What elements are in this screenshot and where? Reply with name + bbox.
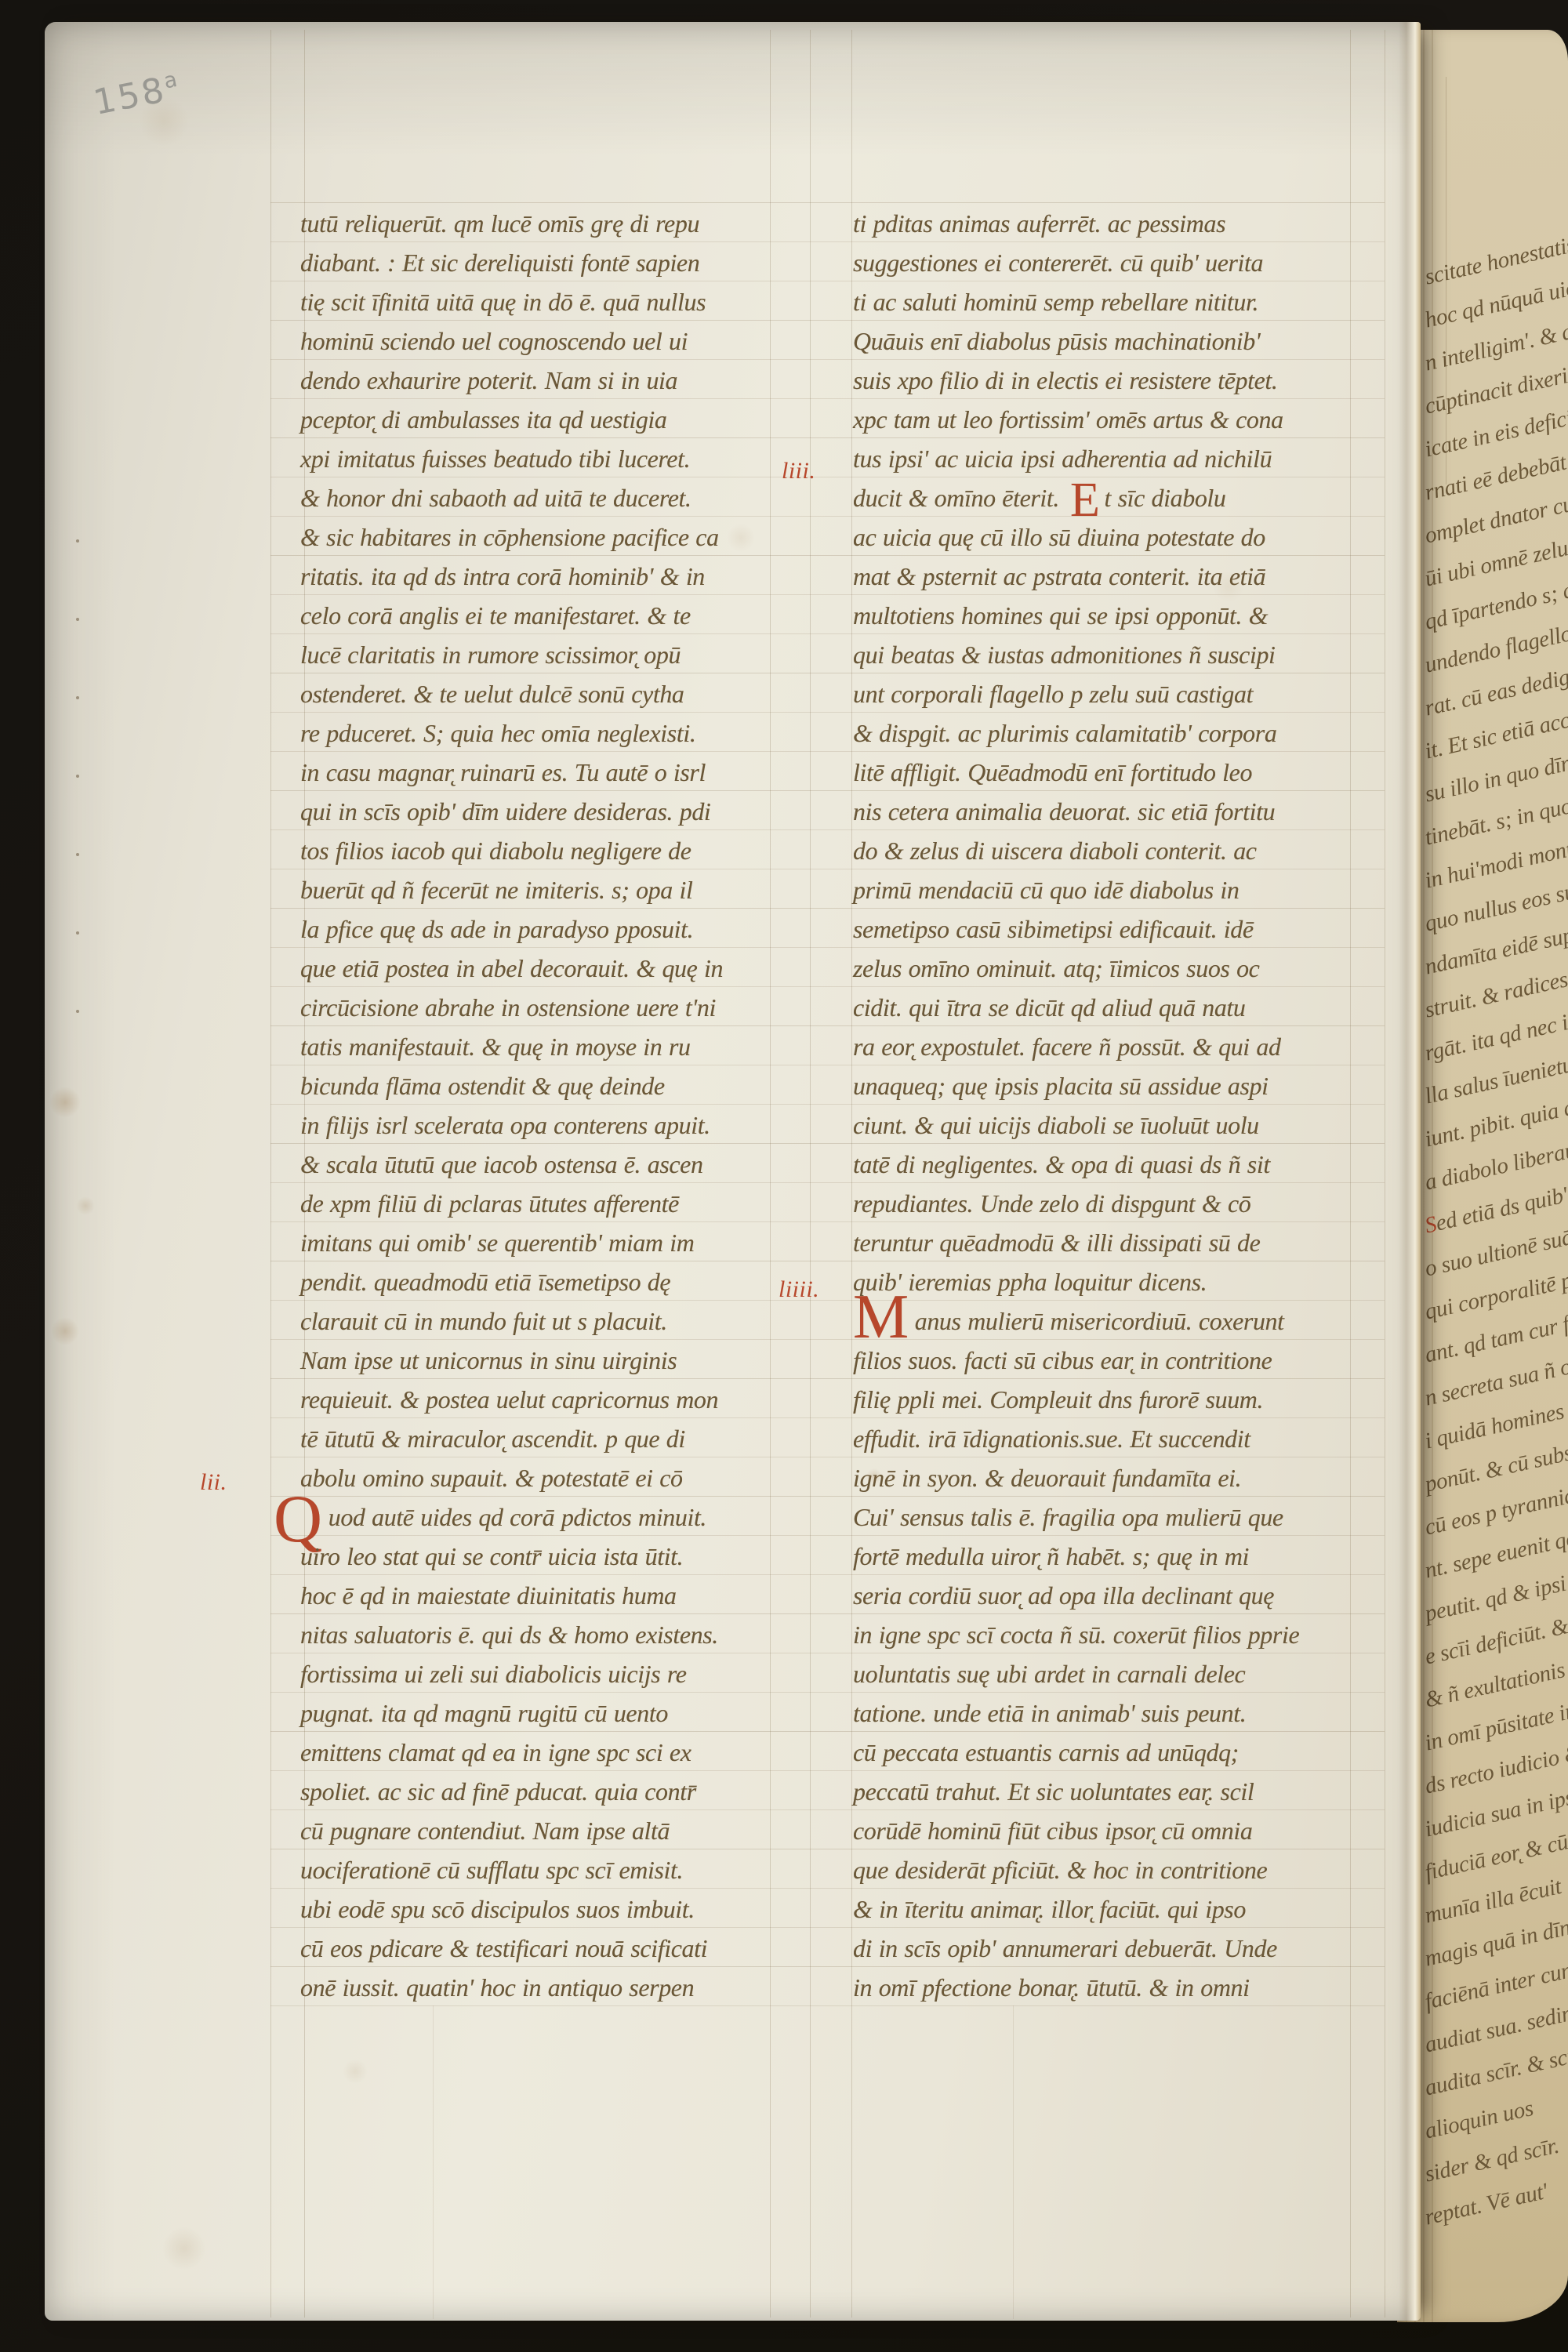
- text-line: que desiderāt pficiūt. & hoc in contriti…: [853, 1850, 1370, 1889]
- next-page-edge: scitate honestatis deficihoc qd nūquā ui…: [1397, 30, 1568, 2322]
- pricking-dot: [76, 696, 79, 699]
- text-segment: ritatis. ita qd ds intra corā hominib' &…: [300, 562, 705, 590]
- text-segment: suis xpo filio di in electis ei resister…: [853, 366, 1277, 394]
- text-line: xpc tam ut leo fortissim' omēs artus & c…: [853, 400, 1370, 439]
- text-segment: ignē in syon. & deuorauit fundamīta ei.: [853, 1464, 1241, 1492]
- text-line: emittens clamat qd ea in igne spc sci ex: [300, 1733, 802, 1772]
- text-segment: corūdē hominū fiūt cibus ipsor̨ cū omnia: [853, 1817, 1252, 1845]
- pricking-dot: [76, 618, 79, 621]
- text-line: Quāuis enī diabolus pūsis machinationib': [853, 321, 1370, 361]
- text-line: do & zelus di uiscera diaboli conterit. …: [853, 831, 1370, 870]
- parchment-stain: [866, 1468, 882, 1484]
- text-segment: Cui' sensus talis ē. fragilia opa mulier…: [853, 1503, 1283, 1531]
- text-segment: ti ac saluti hominū semp rebellare nitit…: [853, 288, 1258, 316]
- text-line: pendit. queadmodū etiā īsemetipso dę: [300, 1262, 802, 1301]
- text-line: Cui' sensus talis ē. fragilia opa mulier…: [853, 1497, 1370, 1537]
- text-segment: t sīc diabolu: [1105, 484, 1226, 512]
- text-line: & honor dni sabaoth ad uitā te duceret.: [300, 478, 802, 517]
- text-segment: cū peccata estuantis carnis ad unūqdq;: [853, 1738, 1239, 1766]
- text-segment: nitas saluatoris ē. qui ds & homo existe…: [300, 1621, 718, 1649]
- text-segment: mat & psternit ac pstrata conterit. ita …: [853, 562, 1265, 590]
- text-line: bicunda flāma ostendit & quę deinde: [300, 1066, 802, 1105]
- text-line: ciunt. & qui uicijs diaboli se īuoluūt u…: [853, 1105, 1370, 1145]
- text-segment: filios suos. facti sū cibus ear̨ in cont…: [853, 1346, 1272, 1374]
- text-segment: Nam ipse ut unicornus in sinu uirginis: [300, 1346, 677, 1374]
- text-line: uoluntatis suę ubi ardet in carnali dele…: [853, 1654, 1370, 1693]
- text-segment: semetipso casū sibimetipsi edificauit. i…: [853, 915, 1254, 943]
- parchment-stain: [139, 96, 189, 147]
- text-line: teruntur quēadmodū & illi dissipati sū d…: [853, 1223, 1370, 1262]
- pricking-dot: [76, 1010, 79, 1013]
- text-line: quib' ieremias ppha loquitur dicens.: [853, 1262, 1370, 1301]
- text-segment: pugnat. ita qd magnū rugitū cū uento: [300, 1699, 668, 1727]
- text-line: peccatū trahut. Et sic uoluntates ear̨. …: [853, 1772, 1370, 1811]
- text-line: Nam ipse ut unicornus in sinu uirginis: [300, 1341, 802, 1380]
- text-line: zelus omīno ominuit. atq; īimicos suos o…: [853, 949, 1370, 988]
- text-line: & scala ūtutū que iacob ostensa ē. ascen: [300, 1145, 802, 1184]
- text-segment: onē iussit. quatin' hoc in antiquo serpe…: [300, 1973, 694, 2002]
- text-segment: bicunda flāma ostendit & quę deinde: [300, 1072, 665, 1100]
- text-segment: teruntur quēadmodū & illi dissipati sū d…: [853, 1229, 1260, 1257]
- text-segment: unt corporali flagello p zelu suū castig…: [853, 680, 1253, 708]
- ruling-line-vertical: [851, 30, 852, 2318]
- text-line: tos filios iacob qui diabolu negligere d…: [300, 831, 802, 870]
- text-line: cū eos pdicare & testificari nouā scific…: [300, 1929, 802, 1968]
- text-line: seria cordiū suor̨ ad opa illa declinant…: [853, 1576, 1370, 1615]
- text-line: in filijs isrl scelerata opa conterens a…: [300, 1105, 802, 1145]
- text-line: effudit. irā īdignationis.sue. Et succen…: [853, 1419, 1370, 1458]
- text-segment: ac uicia quę cū illo sū diuina potestate…: [853, 523, 1265, 551]
- pricking-dot: [76, 853, 79, 856]
- text-segment: filię ppli mei. Compleuit dns furorē suu…: [853, 1385, 1263, 1414]
- text-line: reptat. Vē aut': [1422, 2179, 1550, 2231]
- text-segment: primū mendaciū cū quo idē diabolus in: [853, 876, 1239, 904]
- text-line: ostenderet. & te uelut dulcē sonū cytha: [300, 674, 802, 713]
- text-line: multotiens homines qui se ipsi opponūt. …: [853, 596, 1370, 635]
- text-line: unaqueq; quę ipsis placita sū assidue as…: [853, 1066, 1370, 1105]
- text-column-right: ti pditas animas auferrēt. ac pessimassu…: [853, 204, 1370, 2007]
- text-line: filię ppli mei. Compleuit dns furorē suu…: [853, 1380, 1370, 1419]
- text-segment: pceptor̨ di ambulasses ita qd uestigia: [300, 405, 667, 434]
- text-segment: tatis manifestauit. & quę in moyse in ru: [300, 1033, 691, 1061]
- ruling-line-vertical: [433, 2005, 434, 2319]
- text-segment: hoc ē qd in maiestate diuinitatis huma: [300, 1581, 677, 1610]
- text-segment: cidit. qui ītra se dicūt qd aliud quā na…: [853, 993, 1246, 1022]
- text-segment: effudit. irā īdignationis.sue. Et succen…: [853, 1425, 1250, 1453]
- text-segment: uociferationē cū sufflatu spc scī emisit…: [300, 1856, 683, 1884]
- text-line: pugnat. ita qd magnū rugitū cū uento: [300, 1693, 802, 1733]
- text-segment: & dispgit. ac plurimis calamitatib' corp…: [853, 719, 1276, 747]
- text-line: tē ūtutū & miraculor̨ ascendit. p que di: [300, 1419, 802, 1458]
- text-line: de xpm filiū di pclaras ūtutes afferentē: [300, 1184, 802, 1223]
- text-segment: repudiantes. Unde zelo di dispgunt & cō: [853, 1189, 1250, 1218]
- text-segment: circūcisione abrahe in ostensione uere t…: [300, 993, 716, 1022]
- ruling-line-vertical: [810, 30, 811, 2318]
- text-line: ac uicia quę cū illo sū diuina potestate…: [853, 517, 1370, 557]
- text-segment: suggestiones ei contererēt. cū quib' uer…: [853, 249, 1263, 277]
- text-segment: tos filios iacob qui diabolu negligere d…: [300, 837, 691, 865]
- text-segment: diabant. : Et sic dereliquisti fontē sap…: [300, 249, 699, 277]
- text-line: nis cetera animalia deuorat. sic etiā fo…: [853, 792, 1370, 831]
- text-segment: tię scit īfinitā uitā quę in dō ē. quā n…: [300, 288, 706, 316]
- ruling-line-vertical: [270, 30, 271, 2318]
- text-line: ra eor̨ expostulet. facere ñ possūt. & q…: [853, 1027, 1370, 1066]
- ruling-line-vertical: [1385, 30, 1385, 2318]
- text-line: cidit. qui ītra se dicūt qd aliud quā na…: [853, 988, 1370, 1027]
- text-segment: hominū sciendo uel cognoscendo uel ui: [300, 327, 688, 355]
- text-segment: dendo exhaurire poterit. Nam si in uia: [300, 366, 677, 394]
- text-segment: anus mulierū misericordiuū. coxerunt: [915, 1307, 1284, 1335]
- text-line: tatione. unde etiā in animab' suis peunt…: [853, 1693, 1370, 1733]
- text-line: re pduceret. S; quia hec omīa neglexisti…: [300, 713, 802, 753]
- text-segment: de xpm filiū di pclaras ūtutes afferentē: [300, 1189, 679, 1218]
- text-line: buerūt qd ñ fecerūt ne imiteris. s; opa …: [300, 870, 802, 909]
- text-segment: litē affligit. Quēadmodū enī fortitudo l…: [853, 758, 1252, 786]
- text-segment: qui beatas & iustas admonitiones ñ susci…: [853, 641, 1276, 669]
- parchment-stain: [1213, 571, 1244, 602]
- text-segment: in casu magnar̨ ruinarū es. Tu autē o is…: [300, 758, 706, 786]
- text-segment: scitate honestatis defici: [1422, 220, 1568, 290]
- text-line: tatis manifestauit. & quę in moyse in ru: [300, 1027, 802, 1066]
- text-line: in casu magnar̨ ruinarū es. Tu autē o is…: [300, 753, 802, 792]
- text-segment: nis cetera animalia deuorat. sic etiā fo…: [853, 797, 1275, 826]
- text-segment: & scala ūtutū que iacob ostensa ē. ascen: [300, 1150, 703, 1178]
- text-line: tus ipsi' ac uicia ipsi adherentia ad ni…: [853, 439, 1370, 478]
- text-line: ubi eodē spu scō discipulos suos imbuit.: [300, 1889, 802, 1929]
- text-segment: tutū reliquerūt. qm lucē omīs grę di rep…: [300, 209, 699, 238]
- chapter-number-marginal: lii.: [200, 1469, 227, 1496]
- text-segment: peccatū trahut. Et sic uoluntates ear̨. …: [853, 1777, 1254, 1806]
- parchment-stain: [343, 2059, 368, 2084]
- text-line: in omī pfectione bonar̨. ūtutū. & in omn…: [853, 1968, 1370, 2007]
- pricking-dot: [76, 539, 79, 543]
- text-segment: di in scīs opib' annumerari debuerāt. Un…: [853, 1934, 1277, 1962]
- text-line: semetipso casū sibimetipsi edificauit. i…: [853, 909, 1370, 949]
- parchment-stain: [76, 1196, 95, 1215]
- text-segment: tatione. unde etiā in animab' suis peunt…: [853, 1699, 1246, 1727]
- text-segment: re pduceret. S; quia hec omīa neglexisti…: [300, 719, 695, 747]
- text-line: clarauit cū in mundo fuit ut s placuit.: [300, 1301, 802, 1341]
- text-line: la pfice quę ds ade in paradyso pposuit.: [300, 909, 802, 949]
- pricking-dot: [76, 775, 79, 778]
- text-segment: zelus omīno ominuit. atq; īimicos suos o…: [853, 954, 1259, 982]
- text-segment: & sic habitares in cōphensione pacifice …: [300, 523, 719, 551]
- text-segment: & in īteritu animar̨. illor̨ faciūt. qui…: [853, 1895, 1246, 1923]
- text-segment: in igne spc scī cocta ñ sū. coxerūt fili…: [853, 1621, 1299, 1649]
- text-segment: multotiens homines qui se ipsi opponūt. …: [853, 601, 1268, 630]
- text-segment: que etiā postea in abel decorauit. & quę…: [300, 954, 723, 982]
- text-line: cū peccata estuantis carnis ad unūqdq;: [853, 1733, 1370, 1772]
- text-line: qui beatas & iustas admonitiones ñ susci…: [853, 635, 1370, 674]
- text-segment: do & zelus di uiscera diaboli conterit. …: [853, 837, 1257, 865]
- text-segment: imitans qui omib' se querentib' miam im: [300, 1229, 694, 1257]
- text-line: nitas saluatoris ē. qui ds & homo existe…: [300, 1615, 802, 1654]
- text-segment: ducit & omīno ēterit.: [853, 484, 1059, 512]
- ruling-line-vertical: [1013, 2005, 1014, 2319]
- text-line: tatē di negligentes. & opa di quasi ds ñ…: [853, 1145, 1370, 1184]
- text-segment: seria cordiū suor̨ ad opa illa declinant…: [853, 1581, 1274, 1610]
- parchment-stain: [51, 1317, 79, 1345]
- text-line: circūcisione abrahe in ostensione uere t…: [300, 988, 802, 1027]
- text-segment: emittens clamat qd ea in igne spc sci ex: [300, 1738, 691, 1766]
- text-line: requieuit. & postea uelut capricornus mo…: [300, 1380, 802, 1419]
- text-line: primū mendaciū cū quo idē diabolus in: [853, 870, 1370, 909]
- text-line: qui in scīs opib' dīm uidere desideras. …: [300, 792, 802, 831]
- text-line: xpi imitatus fuisses beatudo tibi lucere…: [300, 439, 802, 478]
- text-line: fortē medulla uiror̨ ñ habēt. s; quę in …: [853, 1537, 1370, 1576]
- text-line: Quod autē uides qd corā pdictos minuit.: [300, 1497, 802, 1537]
- text-segment: pendit. queadmodū etiā īsemetipso dę: [300, 1268, 670, 1296]
- text-segment: xpc tam ut leo fortissim' omēs artus & c…: [853, 405, 1283, 434]
- text-line: di in scīs opib' annumerari debuerāt. Un…: [853, 1929, 1370, 1968]
- text-line: unt corporali flagello p zelu suū castig…: [853, 674, 1370, 713]
- text-segment: ra eor̨ expostulet. facere ñ possūt. & q…: [853, 1033, 1281, 1061]
- text-line: mat & psternit ac pstrata conterit. ita …: [853, 557, 1370, 596]
- text-line: pceptor̨ di ambulasses ita qd uestigia: [300, 400, 802, 439]
- text-segment: alioquin uos: [1422, 2096, 1535, 2144]
- text-line: ritatis. ita qd ds intra corā hominib' &…: [300, 557, 802, 596]
- text-line: imitans qui omib' se querentib' miam im: [300, 1223, 802, 1262]
- parchment-stain: [49, 1087, 81, 1118]
- text-segment: tus ipsi' ac uicia ipsi adherentia ad ni…: [853, 445, 1272, 473]
- text-segment: fortē medulla uiror̨ ñ habēt. s; quę in …: [853, 1542, 1249, 1570]
- text-line: onē iussit. quatin' hoc in antiquo serpe…: [300, 1968, 802, 2007]
- text-line: Manus mulierū misericordiuū. coxerunt: [853, 1301, 1370, 1341]
- text-line: uiro leo stat qui se contr̄ uicia ista ū…: [300, 1537, 802, 1576]
- text-segment: reptat. Vē aut': [1422, 2179, 1549, 2230]
- text-line: corūdē hominū fiūt cibus ipsor̨ cū omnia: [853, 1811, 1370, 1850]
- text-segment: spoliet. ac sic ad finē pducat. quia con…: [300, 1777, 696, 1806]
- text-line: & dispgit. ac plurimis calamitatib' corp…: [853, 713, 1370, 753]
- text-line: abolu omino supauit. & potestatē ei cō: [300, 1458, 802, 1497]
- text-line: lucē claritatis in rumore scissimor̨ opū: [300, 635, 802, 674]
- text-segment: Quāuis enī diabolus pūsis machinationib': [853, 327, 1260, 355]
- text-segment: requieuit. & postea uelut capricornus mo…: [300, 1385, 718, 1414]
- text-segment: cū pugnare contendiut. Nam ipse altā: [300, 1817, 670, 1845]
- text-line: tutū reliquerūt. qm lucē omīs grę di rep…: [300, 204, 802, 243]
- text-segment: unaqueq; quę ipsis placita sū assidue as…: [853, 1072, 1269, 1100]
- pricking-dot: [76, 931, 79, 935]
- text-line: ignē in syon. & deuorauit fundamīta ei.: [853, 1458, 1370, 1497]
- text-line: alioquin uos: [1422, 2096, 1535, 2145]
- parchment-stain: [727, 524, 755, 552]
- text-line: filios suos. facti sū cibus ear̨ in cont…: [853, 1341, 1370, 1380]
- text-segment: & honor dni sabaoth ad uitā te duceret.: [300, 484, 691, 512]
- text-line: celo corā anglis ei te manifestaret. & t…: [300, 596, 802, 635]
- text-line: tię scit īfinitā uitā quę in dō ē. quā n…: [300, 282, 802, 321]
- text-line: uociferationē cū sufflatu spc scī emisit…: [300, 1850, 802, 1889]
- ruling-line-horizontal: [270, 202, 1385, 203]
- text-line: repudiantes. Unde zelo di dispgunt & cō: [853, 1184, 1370, 1223]
- text-segment: qui in scīs opib' dīm uidere desideras. …: [300, 797, 710, 826]
- text-line: que etiā postea in abel decorauit. & quę…: [300, 949, 802, 988]
- text-segment: tatē di negligentes. & opa di quasi ds ñ…: [853, 1150, 1270, 1178]
- text-line: hoc ē qd in maiestate diuinitatis huma: [300, 1576, 802, 1615]
- text-line: dendo exhaurire poterit. Nam si in uia: [300, 361, 802, 400]
- text-segment: uoluntatis suę ubi ardet in carnali dele…: [853, 1660, 1245, 1688]
- text-segment: fortissima ui zeli sui diabolicis uicijs…: [300, 1660, 687, 1688]
- text-segment: uiro leo stat qui se contr̄ uicia ista ū…: [300, 1542, 683, 1570]
- text-line: cū pugnare contendiut. Nam ipse altā: [300, 1811, 802, 1850]
- text-segment: uod autē uides qd corā pdictos minuit.: [328, 1503, 706, 1531]
- text-segment: xpi imitatus fuisses beatudo tibi lucere…: [300, 445, 690, 473]
- manuscript-page: 158a liii. liiii. lii. tutū reliquerūt. …: [45, 22, 1421, 2321]
- text-segment: ciunt. & qui uicijs diaboli se īuoluūt u…: [853, 1111, 1259, 1139]
- text-segment: tē ūtutū & miraculor̨ ascendit. p que di: [300, 1425, 685, 1453]
- text-segment: in filijs isrl scelerata opa conterens a…: [300, 1111, 710, 1139]
- text-segment: ostenderet. & te uelut dulcē sonū cytha: [300, 680, 684, 708]
- text-line: scitate honestatis defici: [1422, 220, 1568, 291]
- text-column-left: tutū reliquerūt. qm lucē omīs grę di rep…: [300, 204, 802, 2007]
- text-segment: que desiderāt pficiūt. & hoc in contriti…: [853, 1856, 1267, 1884]
- text-line: ducit & omīno ēterit.Et sīc diabolu: [853, 478, 1370, 517]
- text-line: suis xpo filio di in electis ei resister…: [853, 361, 1370, 400]
- text-segment: buerūt qd ñ fecerūt ne imiteris. s; opa …: [300, 876, 692, 904]
- text-line: ti pditas animas auferrēt. ac pessimas: [853, 204, 1370, 243]
- text-segment: la pfice quę ds ade in paradyso pposuit.: [300, 915, 693, 943]
- parchment-stain: [162, 2227, 206, 2270]
- text-line: ti ac saluti hominū semp rebellare nitit…: [853, 282, 1370, 321]
- text-segment: clarauit cū in mundo fuit ut s placuit.: [300, 1307, 667, 1335]
- text-line: fortissima ui zeli sui diabolicis uicijs…: [300, 1654, 802, 1693]
- text-segment: ubi eodē spu scō discipulos suos imbuit.: [300, 1895, 695, 1923]
- text-segment: in omī pfectione bonar̨. ūtutū. & in omn…: [853, 1973, 1250, 2002]
- text-line: diabant. : Et sic dereliquisti fontē sap…: [300, 243, 802, 282]
- text-line: & in īteritu animar̨. illor̨ faciūt. qui…: [853, 1889, 1370, 1929]
- text-segment: ti pditas animas auferrēt. ac pessimas: [853, 209, 1225, 238]
- text-segment: celo corā anglis ei te manifestaret. & t…: [300, 601, 691, 630]
- text-segment: abolu omino supauit. & potestatē ei cō: [300, 1464, 683, 1492]
- text-line: litē affligit. Quēadmodū enī fortitudo l…: [853, 753, 1370, 792]
- text-line: in igne spc scī cocta ñ sū. coxerūt fili…: [853, 1615, 1370, 1654]
- text-line: hominū sciendo uel cognoscendo uel ui: [300, 321, 802, 361]
- text-segment: lucē claritatis in rumore scissimor̨ opū: [300, 641, 681, 669]
- text-segment: cū eos pdicare & testificari nouā scific…: [300, 1934, 707, 1962]
- text-line: suggestiones ei contererēt. cū quib' uer…: [853, 243, 1370, 282]
- text-line: spoliet. ac sic ad finē pducat. quia con…: [300, 1772, 802, 1811]
- manuscript-photo: scitate honestatis deficihoc qd nūquā ui…: [0, 0, 1568, 2352]
